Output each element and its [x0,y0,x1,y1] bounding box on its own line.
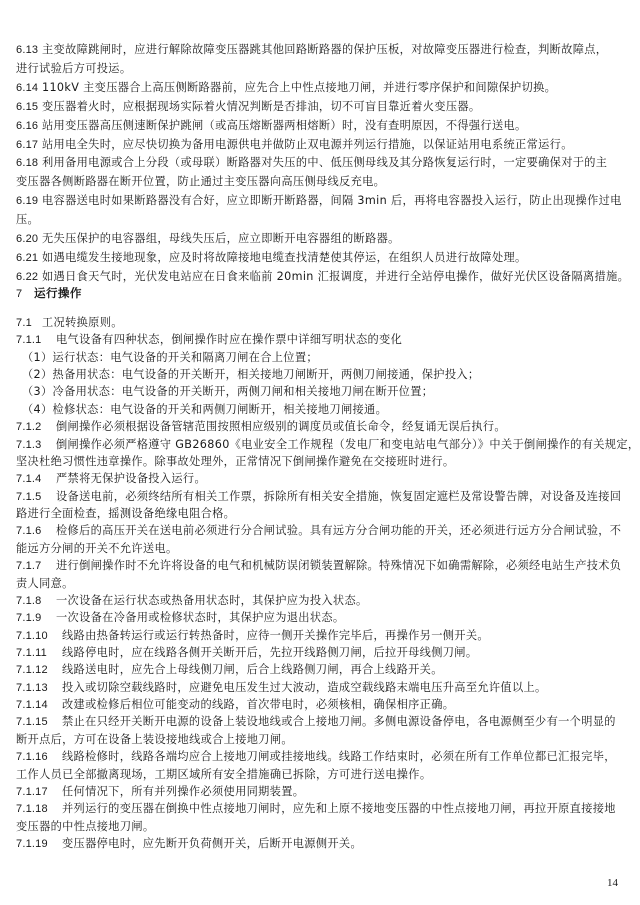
clause-6-17: 6.17站用电全失时，应尽快切换为备用电源供电并做防止双电源并列运行措施，以保证… [16,135,626,155]
clause-7-1-1: 7.1.1电气设备有四种状态，倒闸操作时应在操作票中详细写明状态的变化 [16,330,626,350]
clause-6-15: 6.15变压器着火时，应根据现场实际着火情况判断是否排油，切不可盲目靠近着火变压… [16,97,626,117]
clause-7-1-19: 7.1.19变压器停电时，应先断开负荷侧开关，后断开电源侧开关。 [16,834,626,854]
clause-6-18-cont: 变压器各侧断路器在断开位置，防止通过主变压器向高压侧母线反充电。 [16,172,626,191]
state-cold-standby: （3）冷备用状态：电气设备的开关断开，两侧刀闸和相关接地刀闸在断开位置； [22,382,632,401]
clause-6-19: 6.19电容器送电时如果断路器没有合好，应立即断开断路器，间隔 3min 后，再… [16,191,626,211]
clause-6-19-cont: 压。 [16,210,626,229]
clause-6-18: 6.18利用备用电源或合上分段（或母联）断路器对失压的中、低压侧母线及其分路恢复… [16,153,626,173]
clause-7-1-9: 7.1.9一次设备在冷备用或检修状态时，其保护应为退出状态。 [16,608,626,628]
clause-7-1-2: 7.1.2倒闸操作必须根据设备管辖范围按照相应级别的调度员或值长命令，经复诵无误… [16,417,626,437]
clause-6-13-cont: 进行试验后方可投运。 [16,59,626,78]
clause-7-1-15: 7.1.15禁止在只经开关断开电源的设备上装设地线或合上接地刀闸。多侧电源设备停… [16,712,626,732]
clause-7-1-4: 7.1.4严禁将无保护设备投入运行。 [16,469,626,489]
clause-6-21: 6.21如遇电缆发生接地现象，应及时将故障接地电缆查找清楚使其停运，在组织人员进… [16,248,626,268]
clause-7-1-18: 7.1.18并列运行的变压器在倒换中性点接地刀闸时，应先和上原不接地变压器的中性… [16,799,626,819]
page-number: 14 [607,877,618,889]
clause-7-1-12: 7.1.12线路送电时，应先合上母线侧刀闸，后合上线路侧刀闸，再合上线路开关。 [16,660,626,680]
document-page: 6.13主变故障跳闸时，应进行解除故障变压器跳其他回路断路器的保护压板，对故障变… [0,0,640,905]
clause-6-13: 6.13主变故障跳闸时，应进行解除故障变压器跳其他回路断路器的保护压板，对故障变… [16,40,626,60]
clause-6-16: 6.16站用变压器高压侧速断保护跳闸（或高压熔断器两相熔断）时，没有查明原因，不… [16,116,626,136]
section-7-heading: 7运行操作 [16,284,626,304]
clause-7-1-16: 7.1.16线路检修时，线路各端均应合上接地刀闸或挂接地线。线路工作结束时，必须… [16,747,626,767]
clause-7-1-7: 7.1.7进行倒闸操作时不允许将设备的电气和机械防误闭锁装置解除。特殊情况下如确… [16,556,626,576]
clause-6-14: 6.14110kV 主变压器合上高压侧断路器前，应先合上中性点接地刀闸，并进行零… [16,78,626,98]
clause-7-1-6: 7.1.6检修后的高压开关在送电前必须进行分合闸试验。具有远方分合闸功能的开关，… [16,521,626,541]
clause-6-20: 6.20无失压保护的电容器组，母线失压后，应立即断开电容器组的断路器。 [16,229,626,249]
